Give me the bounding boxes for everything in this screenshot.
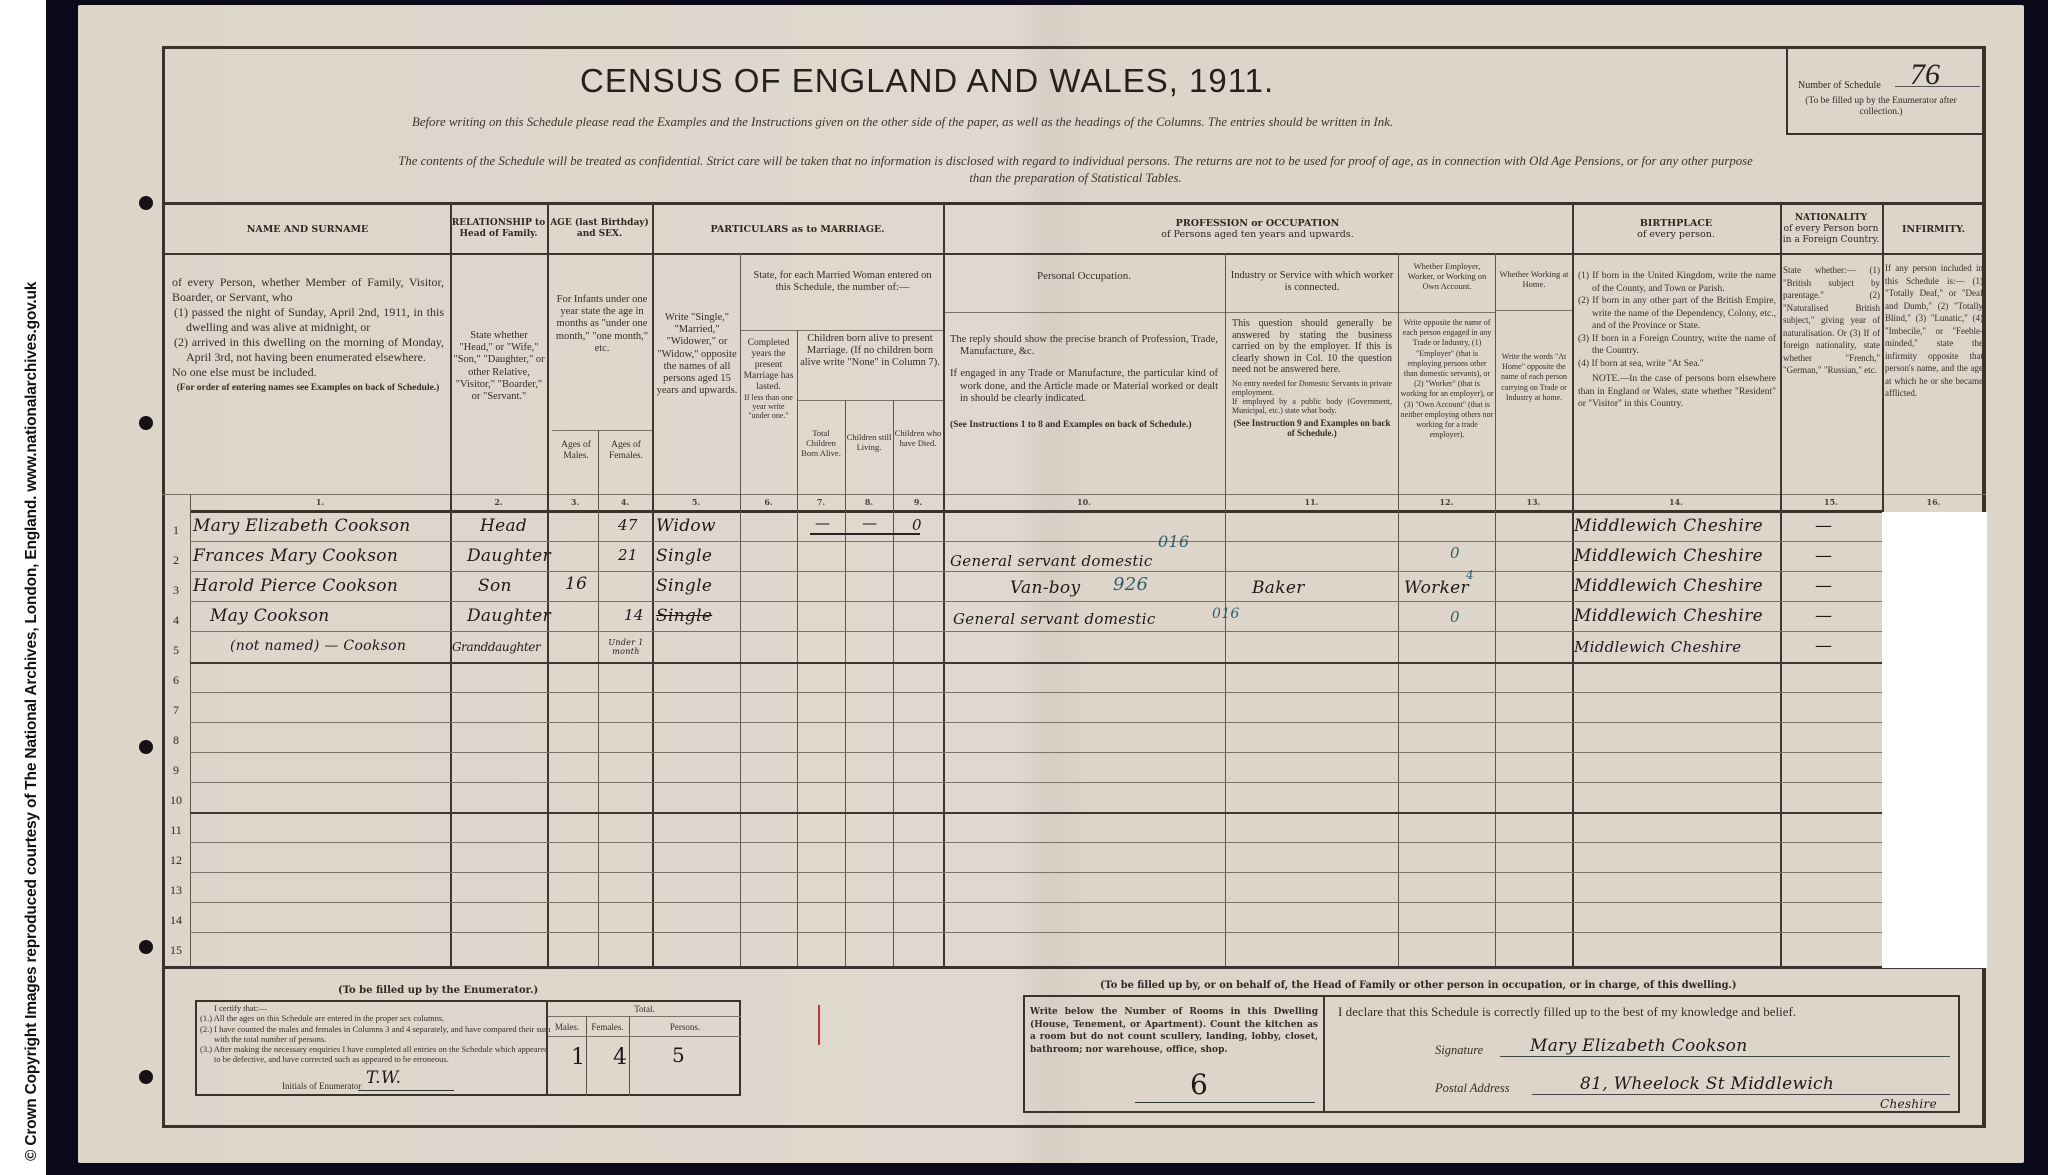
- colnum-5: 5.: [652, 497, 740, 507]
- nationality: —: [1815, 606, 1832, 626]
- females-label: Females.: [586, 1021, 629, 1033]
- total-females: 4: [613, 1045, 627, 1070]
- col12-heading: Whether Employer, Worker, or Working on …: [1400, 262, 1494, 291]
- employment-code: 4: [1466, 568, 1474, 582]
- col-heading-marriage: PARTICULARS as to MARRIAGE.: [652, 205, 943, 253]
- col5-desc: Write "Single," "Married," "Widower," or…: [656, 312, 738, 397]
- occupation: Van-boy: [1010, 578, 1080, 598]
- employer-divider: [1398, 312, 1495, 313]
- col4-heading: Ages of Females.: [600, 440, 652, 462]
- occ-divider: [943, 312, 1225, 313]
- birthplace: Middlewich Cheshire: [1574, 516, 1763, 536]
- age-divider: [552, 430, 652, 431]
- col-heading-age: AGE (last Birthday) and SEX.: [547, 205, 652, 253]
- col-divider: [1398, 253, 1399, 968]
- col-divider: [652, 203, 654, 968]
- row-number: 3: [166, 583, 186, 598]
- rooms-count: 6: [1190, 1068, 1208, 1101]
- birthplace: Middlewich Cheshire: [1574, 606, 1763, 626]
- row-number: 15: [166, 943, 186, 958]
- col10-desc: The reply should show the precise branch…: [950, 334, 1218, 431]
- punch-hole: [139, 940, 153, 954]
- row-number: 6: [166, 673, 186, 688]
- col-divider: [598, 430, 599, 968]
- col10-heading: Personal Occupation.: [945, 270, 1223, 282]
- employment-status: Worker: [1404, 578, 1469, 598]
- colnum-10: 10.: [943, 497, 1225, 507]
- col-divider: [450, 203, 452, 968]
- redacted-infirmity-area: [1882, 512, 1987, 968]
- relationship: Daughter: [467, 606, 551, 626]
- punch-hole: [139, 1070, 153, 1084]
- rooms-instruction: Write below the Number of Rooms in this …: [1030, 1006, 1318, 1056]
- col12-desc: Write opposite the name of each person e…: [1400, 318, 1494, 440]
- occupation-code: 926: [1113, 574, 1148, 595]
- birthplace: Middlewich Cheshire: [1574, 546, 1763, 566]
- col-heading-name: NAME AND SURNAME: [165, 205, 450, 253]
- instruction-line: Before writing on this Schedule please r…: [412, 115, 1393, 130]
- col-divider: [943, 203, 945, 968]
- children-born-alive: —: [815, 514, 830, 532]
- employment-code: 0: [1450, 544, 1460, 562]
- schedule-number-label: Number of Schedule: [1798, 80, 1881, 91]
- col-divider: [547, 203, 549, 968]
- row-number: 5: [166, 643, 186, 658]
- row-number: 2: [166, 553, 186, 568]
- marital-status: Single: [656, 606, 712, 626]
- initials-label: Initials of Enumerator: [282, 1080, 361, 1092]
- row-number: 1: [166, 523, 186, 538]
- col8-heading: Children still Living.: [846, 432, 892, 452]
- col13-desc: Write the words "At Home" opposite the n…: [1497, 352, 1571, 403]
- married-woman-desc: State, for each Married Woman entered on…: [745, 270, 940, 294]
- males-label: Males.: [548, 1021, 586, 1033]
- col-divider: [1780, 203, 1782, 968]
- colnum-1: 1.: [190, 497, 450, 507]
- enumerator-initials: T.W.: [366, 1068, 401, 1088]
- colnum-8: 8.: [845, 497, 893, 507]
- col3-heading: Ages of Males.: [554, 440, 598, 462]
- colnum-11: 11.: [1225, 497, 1398, 507]
- col-divider: [1495, 253, 1496, 968]
- col-heading-relationship: RELATIONSHIP to Head of Family.: [450, 205, 547, 253]
- nationality: —: [1815, 636, 1832, 656]
- colnum-16: 16.: [1882, 497, 1985, 507]
- row-number: 12: [166, 853, 186, 868]
- marital-status: Widow: [656, 516, 716, 536]
- header-divider: [162, 253, 1986, 255]
- col-heading-nationality: NATIONALITY of every Person born in a Fo…: [1780, 205, 1882, 253]
- colnum-2: 2.: [450, 497, 547, 507]
- marital-status: Single: [656, 546, 712, 566]
- married-woman-divider: [740, 330, 943, 331]
- enumerator-heading: (To be filled up by the Enumerator.): [338, 985, 538, 996]
- male-age: 16: [565, 574, 587, 594]
- total-label: Total.: [548, 1003, 741, 1015]
- punch-hole: [139, 196, 153, 210]
- col9-heading: Children who have Died.: [894, 428, 942, 448]
- colnum-13: 13.: [1495, 497, 1572, 507]
- total-males: 1: [571, 1045, 585, 1070]
- colnum-9: 9.: [893, 497, 943, 507]
- col7-heading: Total Children Born Alive.: [798, 428, 844, 458]
- total-persons: 5: [672, 1043, 685, 1067]
- col16-desc: If any person included in this Schedule …: [1885, 262, 1983, 400]
- row-number: 4: [166, 613, 186, 628]
- col2-desc: State whether "Head," or "Wife," "Son," …: [453, 330, 545, 403]
- schedule-number-note: (To be filled up by the Enumerator after…: [1796, 96, 1966, 118]
- confidential-notice: The contents of the Schedule will be tre…: [188, 153, 1963, 187]
- relationship: Daughter: [467, 546, 551, 566]
- postal-address: 81, Wheelock St Middlewich: [1580, 1074, 1834, 1094]
- nationality: —: [1815, 546, 1832, 566]
- children-living: —: [862, 514, 877, 532]
- occupation: General servant domestic: [953, 610, 1156, 628]
- relationship: Granddaughter: [452, 640, 540, 654]
- home-divider: [1495, 310, 1572, 311]
- col6-desc: Completed years the present Marriage has…: [741, 338, 796, 420]
- table-bottom-rule: [162, 966, 1986, 969]
- children-desc: Children born alive to present Marriage.…: [800, 333, 940, 370]
- birthplace: Middlewich Cheshire: [1574, 576, 1763, 596]
- postal-address-county: Cheshire: [1880, 1097, 1937, 1111]
- row-number: 14: [166, 913, 186, 928]
- col-heading-birthplace: BIRTHPLACE of every person.: [1572, 205, 1780, 253]
- persons-label: Persons.: [629, 1021, 741, 1033]
- colnum-14: 14.: [1572, 497, 1780, 507]
- col-heading-profession: PROFESSION or OCCUPATION of Persons aged…: [943, 205, 1572, 253]
- nationality: —: [1815, 516, 1832, 536]
- red-check-mark: [818, 1005, 820, 1045]
- row-number: 13: [166, 883, 186, 898]
- industry: Baker: [1252, 578, 1305, 598]
- colnum-7: 7.: [797, 497, 845, 507]
- enumerator-certification: I certify that:— (1.) All the ages on th…: [200, 1003, 555, 1065]
- children-died: 0: [912, 516, 922, 534]
- relationship: Head: [480, 516, 527, 536]
- birthplace: Middlewich Cheshire: [1574, 638, 1741, 656]
- signature: Mary Elizabeth Cookson: [1530, 1036, 1747, 1056]
- head-of-family-heading: (To be filled up by, or on behalf of, th…: [1100, 980, 1736, 991]
- punch-hole: [139, 740, 153, 754]
- schedule-number-value: 76: [1910, 58, 1940, 92]
- female-age: 14: [624, 606, 644, 624]
- col-divider: [893, 400, 894, 968]
- declaration: I declare that this Schedule is correctl…: [1338, 1006, 1796, 1018]
- colnum-15: 15.: [1780, 497, 1882, 507]
- occupation-code: 016: [1212, 606, 1240, 622]
- marital-status: Single: [656, 576, 712, 596]
- industry-divider: [1225, 312, 1398, 313]
- female-age: 47: [618, 516, 638, 534]
- employment-code: 0: [1450, 608, 1460, 626]
- signature-label: Signature: [1435, 1044, 1483, 1056]
- person-name: Mary Elizabeth Cookson: [193, 516, 410, 536]
- colnum-top-rule: [162, 494, 1986, 495]
- colnum-3: 3.: [552, 497, 598, 507]
- row-number: 7: [166, 703, 186, 718]
- col11-desc: This question should generally be answer…: [1232, 318, 1392, 438]
- copyright-credit: © Crown Copyright Images reproduced cour…: [23, 161, 41, 1161]
- row-number: 9: [166, 763, 186, 778]
- occupation: General servant domestic: [950, 552, 1153, 570]
- occupation-code: 016: [1158, 532, 1189, 551]
- punch-hole: [139, 416, 153, 430]
- col15-desc: State whether:— (1) "British subject by …: [1783, 264, 1880, 377]
- col14-desc: (1) If born in the United Kingdom, write…: [1578, 270, 1776, 411]
- female-age: Under 1 month: [602, 638, 650, 656]
- colnum-4: 4.: [598, 497, 652, 507]
- col-divider: [845, 400, 846, 968]
- colnum-12: 12.: [1398, 497, 1495, 507]
- row-number: 11: [166, 823, 186, 838]
- strike-line: [810, 533, 920, 535]
- children-divider: [797, 400, 943, 401]
- nationality: —: [1815, 576, 1832, 596]
- postal-address-label: Postal Address: [1435, 1082, 1510, 1094]
- person-name: May Cookson: [210, 606, 330, 626]
- col1-desc: of every Person, whether Member of Famil…: [172, 275, 444, 394]
- person-name: Harold Pierce Cookson: [193, 576, 398, 596]
- col13-heading: Whether Working at Home.: [1497, 270, 1571, 290]
- credit-strip: © Crown Copyright Images reproduced cour…: [0, 0, 46, 1175]
- relationship: Son: [478, 576, 512, 596]
- col11-heading: Industry or Service with which worker is…: [1228, 270, 1396, 294]
- person-name: Frances Mary Cookson: [193, 546, 398, 566]
- row-number: 8: [166, 733, 186, 748]
- age-desc: For Infants under one year state the age…: [552, 294, 652, 355]
- row-number-divider: [190, 494, 191, 968]
- page-title: CENSUS OF ENGLAND AND WALES, 1911.: [580, 62, 1274, 100]
- colnum-bottom-rule: [190, 510, 1882, 513]
- person-name: (not named) — Cookson: [230, 638, 406, 654]
- colnum-6: 6.: [740, 497, 797, 507]
- row-number: 10: [166, 793, 186, 808]
- female-age: 21: [618, 546, 638, 564]
- col-heading-infirmity: INFIRMITY.: [1882, 205, 1985, 253]
